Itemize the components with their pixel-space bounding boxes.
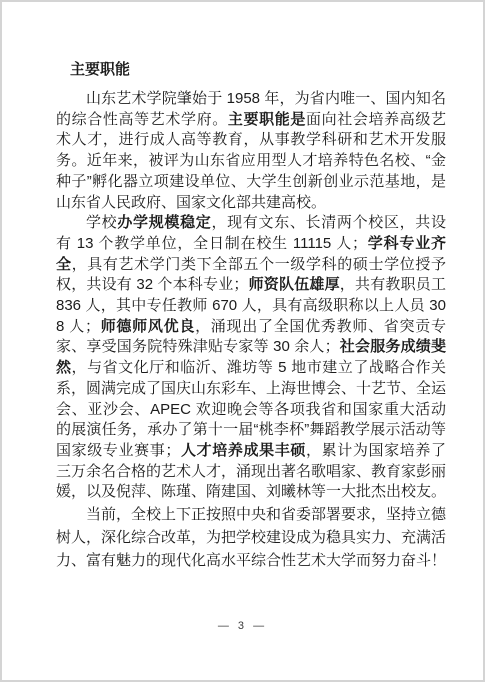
- paragraph-overview: 山东艺术学院肇始于 1958 年，为省内唯一、国内知名的综合性高等艺术学府。主要…: [56, 89, 446, 213]
- paragraph-closing: 当前，全校上下正按照中央和省委部署要求，坚持立德树人，深化综合改革，为把学校建设…: [56, 503, 446, 572]
- section-heading: 主要职能: [56, 59, 446, 80]
- paragraph-school-stats: 学校办学规模稳定，现有文东、长清两个校区，共设有 13 个教学单位，全日制在校生…: [56, 213, 446, 503]
- document-body: 主要职能 山东艺术学院肇始于 1958 年，为省内唯一、国内知名的综合性高等艺术…: [56, 59, 446, 572]
- document-page: 主要职能 山东艺术学院肇始于 1958 年，为省内唯一、国内知名的综合性高等艺术…: [0, 0, 485, 682]
- page-number: — 3 —: [2, 620, 483, 632]
